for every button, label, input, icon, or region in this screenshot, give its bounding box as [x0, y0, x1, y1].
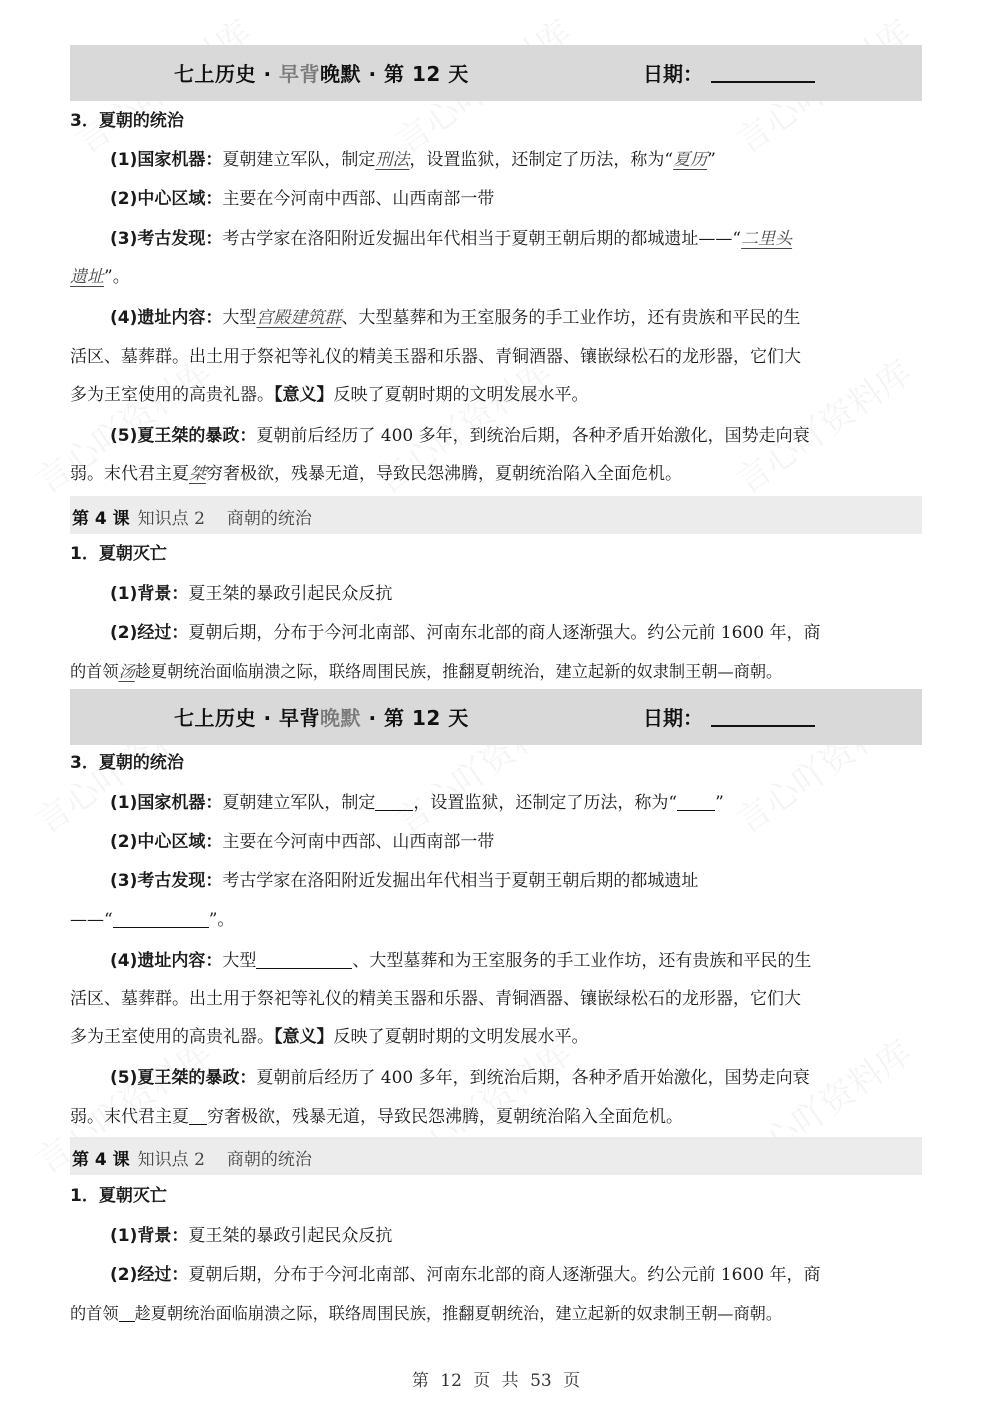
- item-text: 活区、墓葬群。出土用于祭祀等礼仪的精美玉器和乐器、青铜酒器、镶嵌绿松石的龙形器，…: [70, 988, 922, 1010]
- item-text: 趁夏朝统治面临崩溃之际，联络周围民族，推翻夏朝统治，建立起新的奴隶制王朝—商朝。: [135, 1304, 783, 1323]
- item-tyranny: (5)夏王桀的暴政：夏朝前后经历了 400 多年，到统治后期，各种矛盾开始激化，…: [70, 1067, 922, 1089]
- page-title: 七上历史 · 早背晚默 · 第 12 天: [174, 702, 469, 731]
- answer-text: 二里头: [741, 229, 792, 249]
- item-archaeology-cont: 遗址”。: [70, 266, 922, 288]
- item-text: 夏朝后期，分布于今河北南部、河南东北部的商人逐渐强大。约公元前 1600 年，商: [188, 623, 820, 643]
- knowledge-point: 知识点 2: [138, 1150, 205, 1170]
- lesson-topic: 商朝的统治: [227, 509, 312, 529]
- title-bar: 七上历史 · 早背晚默 · 第 12 天 日期：: [70, 689, 922, 745]
- date-field: 日期：: [643, 58, 815, 87]
- date-label: 日期：: [643, 62, 703, 86]
- item-process: (2)经过：夏朝后期，分布于今河北南部、河南东北部的商人逐渐强大。约公元前 16…: [70, 622, 922, 644]
- item-central-region: (2)中心区域：主要在今河南中西部、山西南部一带: [70, 188, 922, 210]
- item-text: ，设置监狱，还制定了历法，称为“: [413, 793, 677, 813]
- item-process: (2)经过：夏朝后期，分布于今河北南部、河南东北部的商人逐渐强大。约公元前 16…: [70, 1264, 922, 1286]
- knowledge-point: 知识点 2: [138, 509, 205, 529]
- date-blank[interactable]: [711, 705, 815, 727]
- answer-text: 桀: [189, 464, 206, 484]
- item-label: (3)考古发现：: [110, 229, 222, 249]
- item-text: 反映了夏朝时期的文明发展水平。: [334, 385, 589, 405]
- item-text: 夏朝前后经历了 400 多年，到统治后期，各种矛盾开始激化，国势走向衰: [256, 426, 809, 446]
- item-background: (1)背景：夏王桀的暴政引起民众反抗: [70, 583, 922, 605]
- title-prefix: 七上历史 ·: [174, 62, 279, 86]
- significance-tag: 【意义】: [274, 1027, 334, 1047]
- significance-tag: 【意义】: [274, 385, 334, 405]
- answer-text: 宫殿建筑群: [256, 308, 341, 328]
- answer-text: 汤: [119, 662, 135, 681]
- item-text: 多为王室使用的高贵礼器。: [70, 1027, 274, 1047]
- item-text: 夏朝建立军队，制定: [222, 793, 375, 813]
- item-tyranny-cont: 弱。末代君主夏穷奢极欲，残暴无道，导致民怨沸腾，夏朝统治陷入全面危机。: [70, 1106, 922, 1128]
- section-heading: 3．夏朝的统治: [70, 752, 922, 774]
- lesson-bar: 第 4 课知识点 2商朝的统治: [70, 496, 922, 534]
- item-text: 大型: [222, 308, 256, 328]
- item-text: 、大型墓葬和为王室服务的手工业作坊，还有贵族和平民的生: [341, 308, 800, 328]
- section-heading: 1．夏朝灭亡: [70, 543, 922, 565]
- item-label: (2)中心区域：: [110, 832, 222, 852]
- lesson-number: 第 4 课: [72, 1150, 130, 1170]
- item-text: 、大型墓葬和为王室服务的手工业作坊，还有贵族和平民的生: [352, 951, 811, 971]
- item-text: 夏朝建立军队，制定: [222, 150, 375, 170]
- item-process-cont: 的首领趁夏朝统治面临崩溃之际，联络周围民族，推翻夏朝统治，建立起新的奴隶制王朝—…: [70, 1303, 922, 1325]
- item-tyranny: (5)夏王桀的暴政：夏朝前后经历了 400 多年，到统治后期，各种矛盾开始激化，…: [70, 425, 922, 447]
- answer-text: 遗址: [70, 267, 104, 287]
- date-label: 日期：: [643, 706, 703, 730]
- item-text: 趁夏朝统治面临崩溃之际，联络周围民族，推翻夏朝统治，建立起新的奴隶制王朝—商朝。: [135, 662, 783, 681]
- item-state-machine: (1)国家机器：夏朝建立军队，制定，设置监狱，还制定了历法，称为“”: [70, 792, 922, 814]
- fill-blank[interactable]: [256, 950, 352, 969]
- section-heading: 1．夏朝灭亡: [70, 1185, 922, 1207]
- item-archaeology-cont: ——“”。: [70, 909, 922, 931]
- page-footer: 第 12 页 共 53 页: [0, 1366, 992, 1391]
- answer-text: 刑法: [375, 150, 409, 170]
- title-suffix: · 第 12 天: [361, 62, 469, 86]
- item-label: (2)经过：: [110, 623, 188, 643]
- document-page: 言心吖资料库 言心吖资料库 言心吖资料库 言心吖资料库 言心吖资料库 言心吖资料…: [0, 0, 992, 1403]
- item-text: 活区、墓葬群。出土用于祭祀等礼仪的精美玉器和乐器、青铜酒器、镶嵌绿松石的龙形器，…: [70, 346, 922, 368]
- item-archaeology: (3)考古发现：考古学家在洛阳附近发掘出年代相当于夏朝王朝后期的都城遗址——“二…: [70, 228, 922, 250]
- item-archaeology: (3)考古发现：考古学家在洛阳附近发掘出年代相当于夏朝王朝后期的都城遗址: [70, 870, 922, 892]
- date-field: 日期：: [643, 702, 815, 731]
- item-text: 弱。末代君主夏: [70, 464, 189, 484]
- item-text: 反映了夏朝时期的文明发展水平。: [334, 1027, 589, 1047]
- title-highlight: 早背: [279, 62, 320, 86]
- item-label: (2)中心区域：: [110, 189, 222, 209]
- item-label: (4)遗址内容：: [110, 951, 222, 971]
- item-text: ”: [715, 793, 724, 813]
- item-text: ——“: [70, 910, 113, 930]
- item-state-machine: (1)国家机器：夏朝建立军队，制定刑法，设置监狱，还制定了历法，称为“夏历”: [70, 149, 922, 171]
- item-text: 弱。末代君主夏: [70, 1107, 189, 1127]
- lesson-bar: 第 4 课知识点 2商朝的统治: [70, 1137, 922, 1175]
- lesson-number: 第 4 课: [72, 509, 130, 529]
- title-prefix: 七上历史 ·: [174, 706, 279, 730]
- item-text: 夏王桀的暴政引起民众反抗: [188, 584, 392, 604]
- item-text: 主要在今河南中西部、山西南部一带: [222, 189, 494, 209]
- item-label: (5)夏王桀的暴政：: [110, 426, 256, 446]
- item-label: (5)夏王桀的暴政：: [110, 1068, 256, 1088]
- item-background: (1)背景：夏王桀的暴政引起民众反抗: [70, 1225, 922, 1247]
- item-text: 夏朝后期，分布于今河北南部、河南东北部的商人逐渐强大。约公元前 1600 年，商: [188, 1265, 820, 1285]
- item-text: ，设置监狱，还制定了历法，称为“: [409, 150, 673, 170]
- item-text: 多为王室使用的高贵礼器。: [70, 385, 274, 405]
- fill-blank[interactable]: [189, 1106, 207, 1125]
- title-suffix: · 第 12 天: [361, 706, 469, 730]
- fill-blank[interactable]: [119, 1303, 135, 1322]
- item-text: 穷奢极欲，残暴无道，导致民怨沸腾，夏朝统治陷入全面危机。: [206, 464, 682, 484]
- answer-text: 夏历: [673, 150, 707, 170]
- item-text: 夏朝前后经历了 400 多年，到统治后期，各种矛盾开始激化，国势走向衰: [256, 1068, 809, 1088]
- item-text: 夏王桀的暴政引起民众反抗: [188, 1226, 392, 1246]
- item-label: (1)背景：: [110, 1226, 188, 1246]
- item-significance: 多为王室使用的高贵礼器。【意义】反映了夏朝时期的文明发展水平。: [70, 384, 922, 406]
- item-tyranny-cont: 弱。末代君主夏桀穷奢极欲，残暴无道，导致民怨沸腾，夏朝统治陷入全面危机。: [70, 463, 922, 485]
- item-text: ”: [707, 150, 716, 170]
- item-label: (3)考古发现：: [110, 871, 222, 891]
- item-label: (4)遗址内容：: [110, 308, 222, 328]
- item-site-content: (4)遗址内容：大型、大型墓葬和为王室服务的手工业作坊，还有贵族和平民的生: [70, 950, 922, 972]
- item-text: 穷奢极欲，残暴无道，导致民怨沸腾，夏朝统治陷入全面危机。: [207, 1107, 683, 1127]
- item-text: ”。: [104, 267, 130, 287]
- fill-blank[interactable]: [375, 792, 413, 811]
- item-text: 的首领: [70, 662, 119, 681]
- item-text: 大型: [222, 951, 256, 971]
- item-text: ”。: [209, 910, 235, 930]
- item-text: 的首领: [70, 1304, 119, 1323]
- page-title: 七上历史 · 早背晚默 · 第 12 天: [174, 58, 469, 87]
- item-significance: 多为王室使用的高贵礼器。【意义】反映了夏朝时期的文明发展水平。: [70, 1026, 922, 1048]
- item-label: (1)背景：: [110, 584, 188, 604]
- item-site-content: (4)遗址内容：大型宫殿建筑群、大型墓葬和为王室服务的手工业作坊，还有贵族和平民…: [70, 307, 922, 329]
- item-label: (2)经过：: [110, 1265, 188, 1285]
- item-central-region: (2)中心区域：主要在今河南中西部、山西南部一带: [70, 831, 922, 853]
- fill-blank[interactable]: [677, 792, 715, 811]
- title-middle: 晚默: [320, 62, 361, 86]
- date-blank[interactable]: [711, 61, 815, 83]
- item-label: (1)国家机器：: [110, 793, 222, 813]
- lesson-topic: 商朝的统治: [227, 1150, 312, 1170]
- title-bar: 七上历史 · 早背晚默 · 第 12 天 日期：: [70, 45, 922, 101]
- item-label: (1)国家机器：: [110, 150, 222, 170]
- title-highlight: 早背: [279, 706, 320, 730]
- item-text: 主要在今河南中西部、山西南部一带: [222, 832, 494, 852]
- item-text: 考古学家在洛阳附近发掘出年代相当于夏朝王朝后期的都城遗址: [222, 871, 698, 891]
- fill-blank[interactable]: [113, 909, 209, 928]
- item-process-cont: 的首领汤趁夏朝统治面临崩溃之际，联络周围民族，推翻夏朝统治，建立起新的奴隶制王朝…: [70, 661, 922, 683]
- item-text: 考古学家在洛阳附近发掘出年代相当于夏朝王朝后期的都城遗址——“: [222, 229, 741, 249]
- title-middle: 晚默: [320, 706, 361, 730]
- section-heading: 3．夏朝的统治: [70, 110, 922, 132]
